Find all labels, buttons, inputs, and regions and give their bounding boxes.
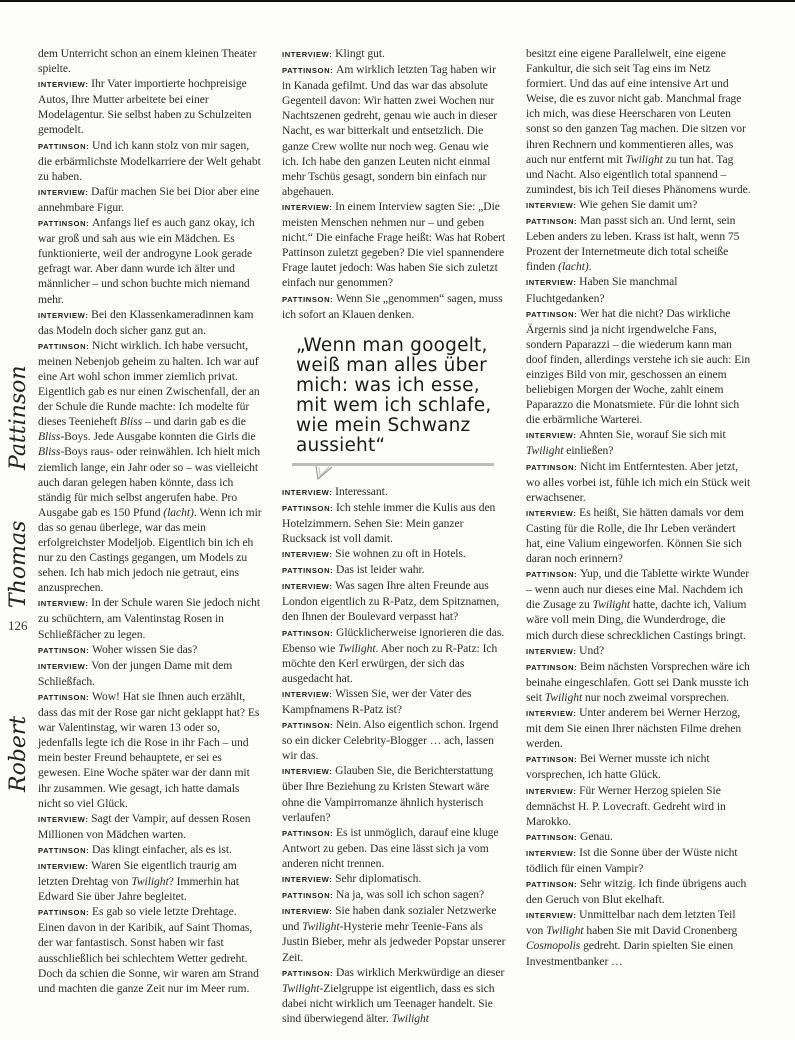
interviewer-question: INTERVIEW: Bei den Klassenkameradinnen k… <box>38 307 263 338</box>
speaker-label: PATTINSON: <box>38 219 92 228</box>
speaker-label: PATTINSON: <box>282 891 336 900</box>
page-number: 126 <box>8 618 28 634</box>
interviewer-question: INTERVIEW: Haben Sie manchmal Fluchtgeda… <box>526 274 751 305</box>
speaker-label: PATTINSON: <box>282 295 336 304</box>
paragraph-text: In einem Interview sagten Sie: „Die meis… <box>282 200 505 289</box>
subject-answer: PATTINSON: Nicht wirklich. Ich habe vers… <box>38 338 263 596</box>
speaker-label: INTERVIEW: <box>38 862 91 871</box>
speaker-label: PATTINSON: <box>526 755 580 764</box>
subject-answer: PATTINSON: Genau. <box>526 829 751 845</box>
paragraph-text: Wie gehen Sie damit um? <box>579 198 697 211</box>
speaker-label: INTERVIEW: <box>526 201 579 210</box>
subject-answer: PATTINSON: Sehr witzig. Ich finde übrige… <box>526 876 751 907</box>
subject-answer: PATTINSON: Glücklicherweise ignorieren d… <box>282 625 506 686</box>
paragraph-text: Sehr diplomatisch. <box>335 872 421 885</box>
paragraph-text: Wer hat die nicht? Das wirkliche Ärgerni… <box>526 307 750 427</box>
paragraph-text: besitzt eine eigene Parallelwelt, eine e… <box>526 47 751 196</box>
speaker-label: PATTINSON: <box>526 833 580 842</box>
subject-answer: PATTINSON: Beim nächsten Vorsprechen wär… <box>526 659 751 705</box>
subject-answer: PATTINSON: Nicht im Entferntesten. Aber … <box>526 459 751 505</box>
paragraph-text: Na ja, was soll ich schon sagen? <box>336 888 484 901</box>
speaker-label: INTERVIEW: <box>282 907 335 916</box>
paragraph-text: Sie wohnen zu oft in Hotels. <box>335 547 466 560</box>
subject-answer: PATTINSON: Wer hat die nicht? Das wirkli… <box>526 306 751 428</box>
speaker-label: INTERVIEW: <box>38 662 91 671</box>
speaker-label: PATTINSON: <box>282 566 336 575</box>
speaker-label: PATTINSON: <box>282 504 336 513</box>
subject-answer: PATTINSON: Es ist unmöglich, darauf eine… <box>282 825 506 871</box>
interviewer-question: INTERVIEW: Ahnten Sie, worauf Sie sich m… <box>526 427 751 458</box>
speaker-label: INTERVIEW: <box>526 787 579 796</box>
interviewer-question: INTERVIEW: In der Schule waren Sie jedoc… <box>38 595 263 641</box>
interviewer-question: INTERVIEW: Ist die Sonne über der Wüste … <box>526 845 751 876</box>
speaker-label: INTERVIEW: <box>282 203 335 212</box>
speaker-label: INTERVIEW: <box>526 278 579 287</box>
speaker-label: INTERVIEW: <box>38 311 91 320</box>
speaker-label: PATTINSON: <box>38 908 92 917</box>
paragraph-text: Das ist leider wahr. <box>336 563 425 576</box>
interviewer-question: INTERVIEW: Klingt gut. <box>282 46 506 62</box>
speaker-label: PATTINSON: <box>526 310 580 319</box>
subject-answer: PATTINSON: Und ich kann stolz von mir sa… <box>38 138 263 184</box>
interviewer-question: INTERVIEW: Für Werner Herzog spielen Sie… <box>526 783 751 829</box>
paragraph-text: Nicht wirklich. Ich habe versucht, meine… <box>38 339 262 595</box>
subject-answer: PATTINSON: Nein. Also eigentlich schon. … <box>282 717 506 763</box>
paragraph-text: Am wirklich letzten Tag haben wir in Kan… <box>282 63 497 198</box>
signature-middle-name: Thomas <box>6 521 31 608</box>
speaker-label: INTERVIEW: <box>526 431 579 440</box>
paragraph-text: Klingt gut. <box>335 47 385 60</box>
interviewer-question: INTERVIEW: Wissen Sie, wer der Vater des… <box>282 686 506 717</box>
speaker-label: INTERVIEW: <box>282 582 335 591</box>
interviewer-question: INTERVIEW: Interessant. <box>282 484 506 500</box>
interviewer-question: INTERVIEW: Sie haben dank sozialer Netzw… <box>282 903 506 964</box>
signature-last-name: Pattinson <box>6 365 31 470</box>
speaker-label: PATTINSON: <box>282 66 336 75</box>
speaker-label: INTERVIEW: <box>38 815 91 824</box>
subject-answer: PATTINSON: Das ist leider wahr. <box>282 562 506 578</box>
speaker-label: PATTINSON: <box>282 721 336 730</box>
column-3: besitzt eine eigene Parallelwelt, eine e… <box>526 46 751 969</box>
subject-answer: PATTINSON: Bei Werner musste ich nicht v… <box>526 751 751 782</box>
interviewer-question: INTERVIEW: Was sagen Ihre alten Freunde … <box>282 578 506 624</box>
speaker-label: PATTINSON: <box>526 663 580 672</box>
column-2-bottom: INTERVIEW: Interessant.PATTINSON: Ich st… <box>282 484 506 1026</box>
interviewer-question: INTERVIEW: Waren Sie eigentlich traurig … <box>38 858 263 904</box>
speaker-label: PATTINSON: <box>38 342 92 351</box>
speaker-label: INTERVIEW: <box>526 709 579 718</box>
subject-answer: PATTINSON: Wow! Hat sie Ihnen auch erzäh… <box>38 689 263 811</box>
pull-quote: „Wenn man googelt, weiß man alles über m… <box>296 336 500 474</box>
interviewer-question: INTERVIEW: Unmittelbar nach dem letzten … <box>526 907 751 968</box>
speaker-label: PATTINSON: <box>282 629 336 638</box>
speaker-label: INTERVIEW: <box>282 875 335 884</box>
speaker-label: INTERVIEW: <box>526 849 579 858</box>
subject-answer: PATTINSON: Man passt sich an. Und lernt,… <box>526 213 751 274</box>
paragraph-text: Es gab so viele letzte Drehtage. Einen d… <box>38 905 259 994</box>
paragraph-text: Wow! Hat sie Ihnen auch erzählt, dass da… <box>38 690 259 810</box>
speaker-label: INTERVIEW: <box>282 488 335 497</box>
speaker-label: INTERVIEW: <box>526 911 579 920</box>
speaker-label: PATTINSON: <box>38 646 92 655</box>
interviewer-question: INTERVIEW: Sehr diplomatisch. <box>282 871 506 887</box>
interviewer-question: INTERVIEW: Dafür machen Sie bei Dior abe… <box>38 184 263 215</box>
subject-answer: PATTINSON: Wenn Sie „genommen“ sagen, mu… <box>282 291 506 322</box>
interviewer-question: INTERVIEW: Ihr Vater importierte hochpre… <box>38 76 263 137</box>
speaker-label: INTERVIEW: <box>38 188 91 197</box>
column-2-top: INTERVIEW: Klingt gut.PATTINSON: Am wirk… <box>282 46 506 322</box>
interviewer-question: INTERVIEW: Und? <box>526 643 751 659</box>
top-rule <box>0 0 795 2</box>
speaker-label: INTERVIEW: <box>282 690 335 699</box>
paragraph-text: Anfangs lief es auch ganz okay, ich war … <box>38 216 255 305</box>
subject-answer: PATTINSON: Es gab so viele letzte Drehta… <box>38 904 263 996</box>
speaker-label: INTERVIEW: <box>282 767 335 776</box>
column-1: dem Unterricht schon an einem kleinen Th… <box>38 46 263 996</box>
speaker-label: PATTINSON: <box>38 693 92 702</box>
speaker-label: INTERVIEW: <box>526 647 579 656</box>
speaker-label: INTERVIEW: <box>38 599 91 608</box>
paragraph-text: Woher wissen Sie das? <box>92 643 197 656</box>
subject-answer: PATTINSON: Woher wissen Sie das? <box>38 642 263 658</box>
speech-bubble-tail-icon <box>314 466 334 480</box>
continued-text: besitzt eine eigene Parallelwelt, eine e… <box>526 46 751 197</box>
speaker-label: INTERVIEW: <box>282 550 335 559</box>
interviewer-question: INTERVIEW: Sagt der Vampir, auf dessen R… <box>38 811 263 842</box>
paragraph-text: Interessant. <box>335 485 388 498</box>
interviewer-question: INTERVIEW: Sie wohnen zu oft in Hotels. <box>282 546 506 562</box>
interviewer-question: INTERVIEW: In einem Interview sagten Sie… <box>282 199 506 291</box>
subject-answer: PATTINSON: Das klingt einfacher, als es … <box>38 842 263 858</box>
subject-answer: PATTINSON: Anfangs lief es auch ganz oka… <box>38 215 263 307</box>
paragraph-text: Und? <box>579 644 604 657</box>
interviewer-question: INTERVIEW: Wie gehen Sie damit um? <box>526 197 751 213</box>
speaker-label: INTERVIEW: <box>526 509 579 518</box>
speaker-label: PATTINSON: <box>38 142 92 151</box>
subject-answer: PATTINSON: Das wirklich Merkwürdige an d… <box>282 965 506 1026</box>
subject-answer: PATTINSON: Am wirklich letzten Tag haben… <box>282 62 506 199</box>
subject-answer: PATTINSON: Yup, und die Tablette wirkte … <box>526 566 751 642</box>
interviewer-question: INTERVIEW: Unter anderem bei Werner Herz… <box>526 705 751 751</box>
speaker-label: PATTINSON: <box>526 217 580 226</box>
interviewer-question: INTERVIEW: Glauben Sie, die Berichtersta… <box>282 763 506 824</box>
speaker-label: PATTINSON: <box>526 463 580 472</box>
subject-answer: PATTINSON: Ich stehle immer die Kulis au… <box>282 500 506 546</box>
speaker-label: INTERVIEW: <box>38 80 91 89</box>
speaker-label: PATTINSON: <box>526 880 580 889</box>
column-2: INTERVIEW: Klingt gut.PATTINSON: Am wirk… <box>282 46 506 1026</box>
continued-text: dem Unterricht schon an einem kleinen Th… <box>38 46 263 76</box>
interviewer-question: INTERVIEW: Es heißt, Sie hätten damals v… <box>526 505 751 566</box>
speaker-label: PATTINSON: <box>38 846 92 855</box>
speaker-label: PATTINSON: <box>282 969 336 978</box>
speaker-label: PATTINSON: <box>526 570 580 579</box>
paragraph-text: Genau. <box>580 830 613 843</box>
signature-first-name: Robert <box>6 716 31 792</box>
speaker-label: INTERVIEW: <box>282 50 335 59</box>
interviewer-question: INTERVIEW: Von der jungen Dame mit dem S… <box>38 658 263 689</box>
paragraph-text: dem Unterricht schon an einem kleinen Th… <box>38 47 256 75</box>
paragraph-text: Das klingt einfacher, als es ist. <box>92 843 232 856</box>
subject-answer: PATTINSON: Na ja, was soll ich schon sag… <box>282 887 506 903</box>
pull-quote-text: „Wenn man googelt, weiß man alles über m… <box>296 336 500 456</box>
speaker-label: PATTINSON: <box>282 829 336 838</box>
